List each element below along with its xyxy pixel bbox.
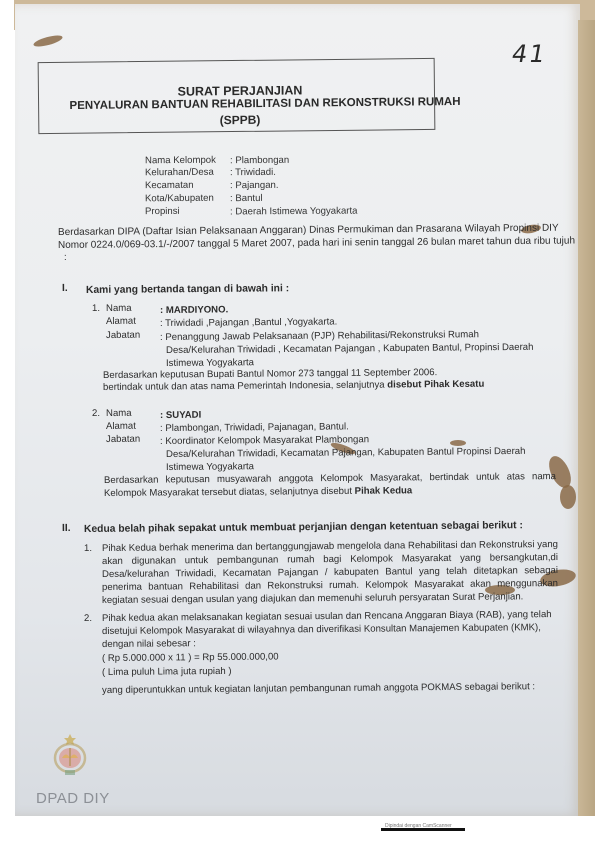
info-value: : Bantul	[230, 193, 263, 204]
field-label: Jabatan	[106, 434, 140, 445]
amount-value: ( Rp 5.000.000 x 11 ) = Rp 55.000.000,00	[102, 651, 279, 664]
paper-edge	[578, 20, 595, 816]
field-label: Alamat	[106, 421, 136, 432]
info-value: : Pajangan.	[230, 180, 279, 191]
party-designation: Pihak Kedua	[355, 485, 413, 497]
field-value: : Plambongan, Triwidadi, Pajanagan, Bant…	[160, 421, 349, 434]
info-label: Kecamatan	[145, 180, 194, 191]
section-number: II.	[62, 523, 71, 534]
archive-watermark: DPAD DIY	[36, 790, 110, 807]
party-name: : MARDIYONO.	[160, 304, 228, 316]
clause-index: 2.	[84, 613, 92, 624]
stain-mid-2	[450, 440, 466, 446]
info-value: : Daerah Istimewa Yogyakarta	[230, 206, 358, 218]
info-label: Nama Kelompok	[145, 155, 216, 166]
field-value: : Triwidadi ,Pajangan ,Bantul ,Yogyakart…	[160, 316, 337, 329]
stain-right-2	[560, 485, 576, 509]
info-label: Propinsi	[145, 206, 180, 217]
party-designation: disebut Pihak Kesatu	[387, 379, 484, 391]
party-index: 2.	[92, 408, 100, 419]
field-label: Nama	[106, 408, 132, 419]
field-value: : Koordinator Kelompok Masyarakat Plambo…	[160, 434, 369, 447]
party-index: 1.	[92, 303, 100, 314]
section-number: I.	[62, 283, 68, 294]
field-label: Jabatan	[106, 330, 140, 341]
field-value: Istimewa Yogyakarta	[166, 357, 254, 369]
field-value: Istimewa Yogyakarta	[166, 461, 254, 473]
info-value: : Triwidadi.	[230, 167, 276, 178]
field-label: Nama	[106, 303, 132, 314]
clause-line: dengan nilai sebesar :	[102, 638, 196, 650]
info-label: Kelurahan/Desa	[145, 167, 214, 178]
preamble-line: :	[64, 252, 67, 263]
party-name: : SUYADI	[160, 410, 201, 421]
page-number: 41	[510, 40, 549, 68]
clause-index: 1.	[84, 543, 92, 554]
emblem-icon	[52, 733, 88, 777]
info-value: : Plambongan	[230, 155, 289, 166]
field-label: Alamat	[106, 316, 136, 327]
basis-prefix: Kelompok Masyarakat tersebut diatas, sel…	[104, 486, 355, 499]
footer-bar	[381, 828, 465, 831]
amount-in-words: ( Lima puluh Lima juta rupiah )	[102, 666, 232, 678]
section-heading: Kami yang bertanda tangan di bawah ini :	[86, 283, 289, 296]
info-label: Kota/Kabupaten	[145, 193, 214, 204]
